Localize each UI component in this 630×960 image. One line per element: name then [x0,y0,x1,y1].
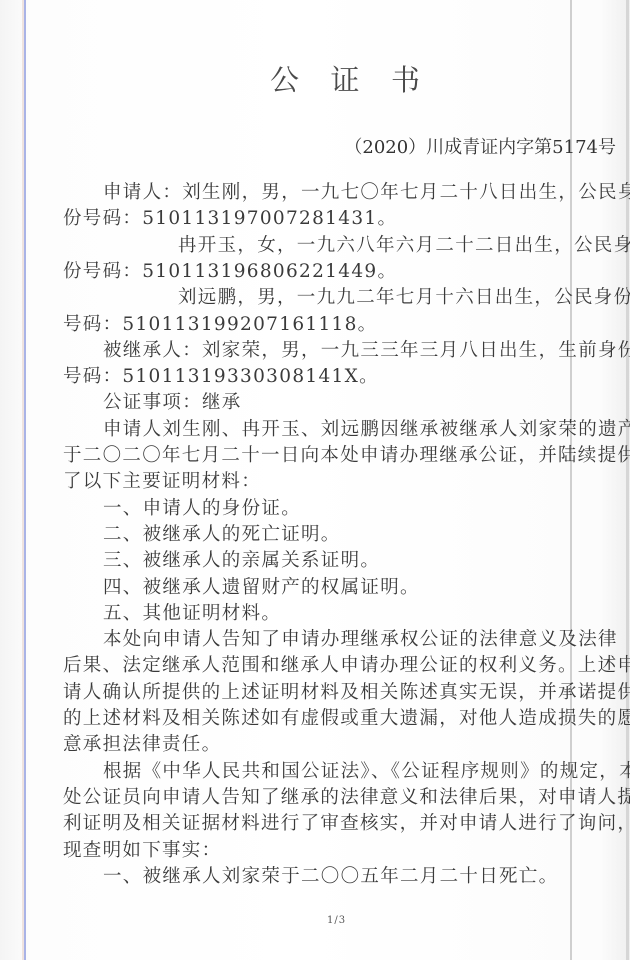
body-line: 号码：51011319330308141X。 [63,362,379,388]
body-line: 于二〇二〇年七月二十一日向本处申请办理继承公证，并陆续提供 [63,441,630,467]
body-line: 四、被继承人遗留财产的权属证明。 [103,573,420,599]
body-line: 处公证员向申请人告知了继承的法律意义和法律后果，对申请人提交的权 [63,783,630,809]
page-number: 1/3 [327,915,346,926]
body-line: 申请人刘生刚、冉开玉、刘远鹏因继承被继承人刘家荣的遗产， [103,415,630,441]
body-line: 份号码：510113197007281431。 [63,204,397,230]
document-page: 公 证 书 （2020）川成青证内字第5174号 申请人：刘生刚，男，一九七〇年… [0,0,630,960]
body-line: 利证明及相关证据材料进行了审查核实，并对申请人进行了询问， [63,809,630,835]
page-left-edge [24,0,26,960]
body-line: 后果、法定继承人范围和继承人申请办理公证的权利义务。上述申 [63,651,630,677]
body-line: 一、申请人的身份证。 [103,494,301,520]
body-line: 本处向申请人告知了申请办理继承权公证的法律意义及法律 [103,625,618,651]
body-line: 意承担法律责任。 [63,730,221,756]
body-line: 根据《中华人民共和国公证法》、《公证程序规则》的规定，本 [103,757,630,783]
body-line: 了以下主要证明材料： [63,467,261,493]
document-title: 公 证 书 [270,58,420,99]
title-char: 公 [270,58,299,99]
body-line: 冉开玉，女，一九六八年六月二十二日出生，公民身 [178,231,630,257]
body-line: 现查明如下事实： [63,836,221,862]
document-number: （2020）川成青证内字第5174号 [344,133,616,159]
body-line: 被继承人：刘家荣，男，一九三三年三月八日出生，生前身份 [103,336,630,362]
body-line: 的上述材料及相关陈述如有虚假或重大遗漏，对他人造成损失的愿 [63,704,630,730]
body-line: 二、被继承人的死亡证明。 [103,520,341,546]
body-line: 请人确认所提供的上述证明材料及相关陈述真实无误，并承诺提供 [63,678,630,704]
body-line: 号码：510113199207161118。 [63,310,377,336]
body-line: 公证事项：继承 [103,388,242,414]
title-char: 证 [330,58,359,99]
body-line: 申请人：刘生刚，男，一九七〇年七月二十八日出生，公民身 [103,178,630,204]
body-line: 三、被继承人的亲属关系证明。 [103,546,380,572]
body-line: 五、其他证明材料。 [103,599,281,625]
title-char: 书 [391,58,420,99]
body-line: 刘远鹏，男，一九九二年七月十六日出生，公民身份 [178,283,630,309]
body-line: 份号码：510113196806221449。 [63,257,397,283]
body-line: 一、被继承人刘家荣于二〇〇五年二月二十日死亡。 [103,862,558,888]
